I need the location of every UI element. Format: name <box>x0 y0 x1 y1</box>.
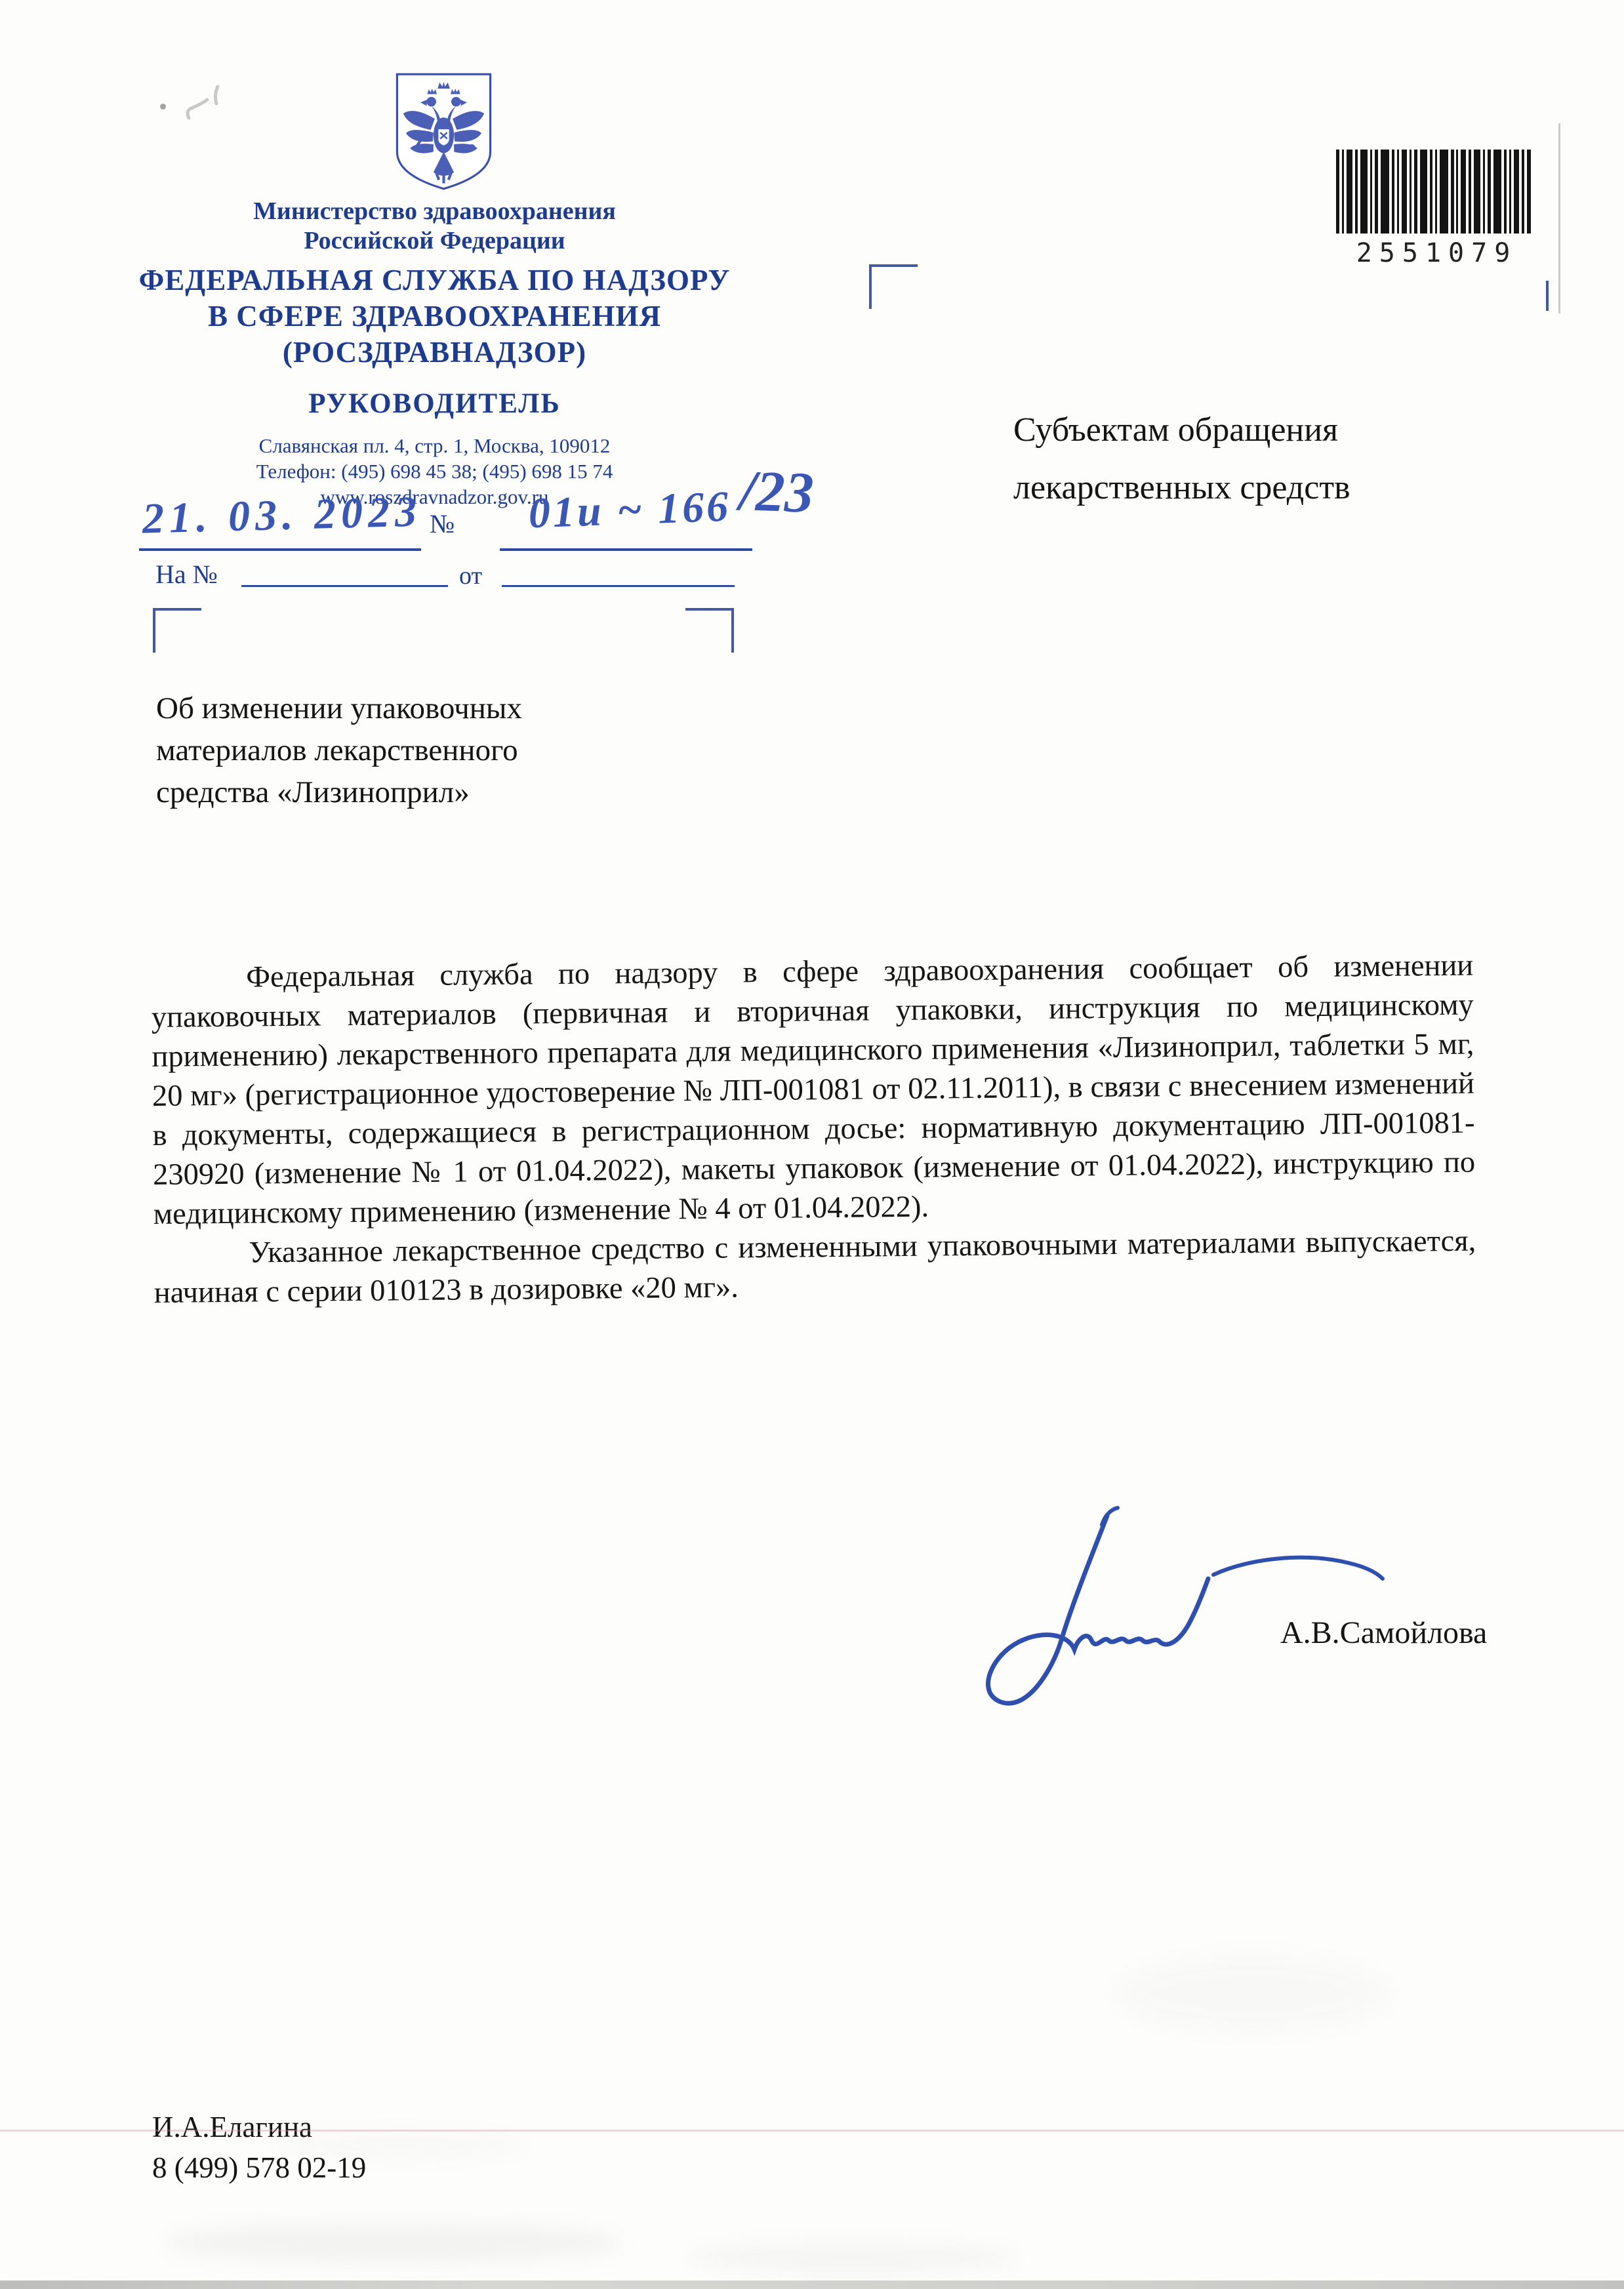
reply-to-label: На № <box>155 559 218 590</box>
recipient-line2: лекарственных средств <box>1013 459 1350 517</box>
pencil-mark-dot <box>160 104 166 110</box>
signatory-name: А.В.Самойлова <box>1280 1615 1487 1651</box>
bleedthrough-smudge <box>689 2243 1017 2273</box>
letterhead-phone: Телефон: (495) 698 45 38; (495) 698 15 7… <box>105 458 764 484</box>
scanned-letter-page: Министерство здравоохранения Российской … <box>0 0 1624 2289</box>
pencil-mark-squiggle <box>176 84 235 130</box>
service-name: ФЕДЕРАЛЬНАЯ СЛУЖБА ПО НАДЗОРУ В СФЕРЕ ЗД… <box>105 262 764 371</box>
subject-line1: Об изменении упаковочных <box>156 687 522 729</box>
ministry-name-line1: Министерство здравоохранения <box>105 197 764 226</box>
bleedthrough-smudge <box>164 2223 623 2263</box>
address-zone-corner-mark-left <box>153 608 201 653</box>
service-name-line3: (РОСЗДРАВНАДЗОР) <box>105 334 764 371</box>
service-name-line1: ФЕДЕРАЛЬНАЯ СЛУЖБА ПО НАДЗОРУ <box>105 262 764 298</box>
recipient-block: Субъектам обращения лекарственных средст… <box>1013 401 1350 517</box>
margin-tick-mark <box>1546 281 1549 311</box>
number-underline <box>500 548 752 551</box>
subject-block: Об изменении упаковочных материалов лека… <box>156 687 522 813</box>
scan-artifact-line <box>0 2130 1624 2132</box>
letter-body: Федеральная служба по надзору в сфере зд… <box>151 946 1476 1313</box>
barcode-bars-icon <box>1335 150 1532 233</box>
reply-date-underline <box>502 585 735 587</box>
body-paragraph-2: Указанное лекарственное средство с измен… <box>153 1222 1476 1313</box>
number-sign-label: № <box>430 508 455 539</box>
russia-coat-of-arms-icon <box>392 71 495 192</box>
subject-line3: средства «Лизиноприл» <box>156 771 522 813</box>
letterhead: Министерство здравоохранения Российской … <box>105 197 764 510</box>
handwritten-date: 21. 03. 2023 <box>137 487 427 544</box>
subject-line2: материалов лекарственного <box>156 729 522 771</box>
stamp-zone-corner-mark <box>869 264 918 309</box>
address-zone-corner-mark-right <box>685 608 734 653</box>
ministry-name-line2: Российской Федерации <box>105 226 764 256</box>
handwritten-number-suffix: /23 <box>739 458 815 527</box>
recipient-line1: Субъектам обращения <box>1013 401 1350 459</box>
barcode-digits: 2551079 <box>1335 238 1532 268</box>
bleedthrough-smudge <box>1115 1955 1391 2033</box>
bleedthrough-smudge <box>275 2132 525 2158</box>
registration-barcode: 2551079 <box>1335 150 1532 268</box>
scanner-edge-strip <box>0 2280 1624 2289</box>
position-title: РУКОВОДИТЕЛЬ <box>105 388 764 420</box>
letterhead-address: Славянская пл. 4, стр. 1, Москва, 109012 <box>105 433 764 458</box>
body-paragraph-1: Федеральная служба по надзору в сфере зд… <box>151 946 1476 1234</box>
reply-number-underline <box>241 585 448 587</box>
handwritten-outgoing-number: 01и ~ 166 <box>498 481 761 540</box>
scan-edge-line <box>1558 123 1560 314</box>
service-name-line2: В СФЕРЕ ЗДРАВООХРАНЕНИЯ <box>105 298 764 334</box>
date-underline <box>139 548 421 551</box>
reply-from-label: от <box>459 561 482 590</box>
